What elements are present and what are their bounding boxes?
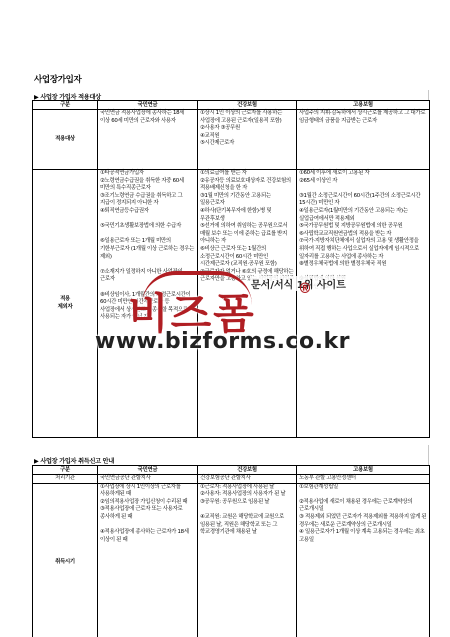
section2-heading: ▶ 사업장 가입자 취득신고 안내 [34,456,114,465]
column-header: 건강보험 [198,466,297,475]
column-header: 고용보험 [297,101,430,110]
row-label: 적용 제외자 [33,170,98,438]
health-cell: ①의료급여를 받는 자 ②유공자등 의료보호대상자로 건강보험의 적용배제신청을… [198,170,297,438]
column-header: 구분 [33,101,98,110]
pension-cell: 국민연금공단 관할지사 [98,475,198,484]
pension-cell: ①사업장에 상시 1인이상의 근로자를 사용하게된 때 ②임의적용사업장 가입신… [98,483,198,637]
column-header: 국민연금 [98,101,198,110]
column-header: 구분 [33,466,98,475]
column-header: 고용보험 [297,466,430,475]
document-title: 사업장가입자 [34,73,81,85]
employment-cell: ①60세 이후에 새로이 고용된 자 ②65세 이상인 자 ③1월간 소정근로시… [297,170,430,438]
pension-cell: ①타공적연금가입자 ②노령연금수급권을 취득한 자중 60세 미만의 특수직종근… [98,170,198,438]
employment-cell: 사업주의 지휘·감독하에서 상시근로를 제공하고 그 대가로 임금형태의 금품을… [297,110,430,170]
coverage-table: 구분 국민연금 건강보험 고용보험 적용대상 국민연금 적용사업장에 종사하는 … [32,100,430,438]
health-cell: ①상시 1인 이상의 근로자를 사용하는 사업장에 고용된 근로자(일용직 포함… [198,110,297,170]
employment-cell: 노동부 관할 고용안정센터 [297,475,430,484]
table-header-row: 구분 국민연금 건강보험 고용보험 [33,101,430,110]
table-row-exclusions: 적용 제외자 ①타공적연금가입자 ②노령연금수급권을 취득한 자중 60세 미만… [33,170,430,438]
column-header: 건강보험 [198,101,297,110]
row-label: 처리기관 [33,475,98,484]
table-row-acquisition: 취득시기 ①사업장에 상시 1인이상의 근로자를 사용하게된 때 ②임의적용사업… [33,483,430,637]
health-cell: 건강보험공단 관할지사 [198,475,297,484]
table-row-agency: 처리기관 국민연금공단 관할지사 건강보험공단 관할지사 노동부 관할 고용안정… [33,475,430,484]
column-header: 국민연금 [98,466,198,475]
table-row-coverage: 적용대상 국민연금 적용사업장에 종사하는 18세 이상 60세 미만의 근로자… [33,110,430,170]
pension-cell: 국민연금 적용사업장에 종사하는 18세 이상 60세 미만의 근로자와 사용자 [98,110,198,170]
employment-cell: ①보험관계성립일 ②적용사업에 새로이 채용된 경우에는 근로계약상의 근로개시… [297,483,430,637]
row-label: 적용대상 [33,110,98,170]
row-label: 취득시기 [33,483,98,637]
enrollment-table: 구분 국민연금 건강보험 고용보험 처리기관 국민연금공단 관할지사 건강보험공… [32,465,430,637]
health-cell: ①근로자: 적용사업장에 사용된 날 ②사용자: 적용사업장의 사용자가 된 날… [198,483,297,637]
document-page: 사업장가입자 ▶ 사업장 가입자 적용대상 구분 국민연금 건강보험 고용보험 … [0,0,450,637]
table-header-row: 구분 국민연금 건강보험 고용보험 [33,466,430,475]
